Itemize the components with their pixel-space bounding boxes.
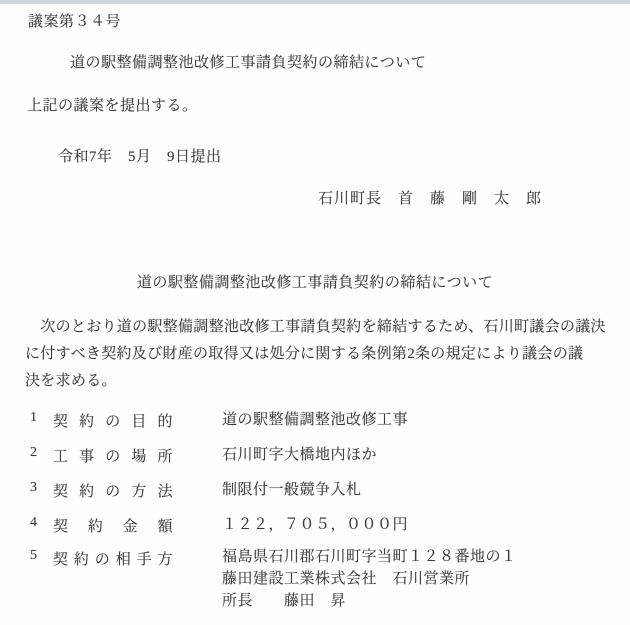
- body-title: 道の駅整備調整池改修工事請負契約の締結について: [0, 271, 630, 292]
- body-paragraph: 次のとおり道の駅整備調整池改修工事請負契約を締結するため、石川町議会の議決 に付…: [25, 314, 611, 395]
- bill-number: 議案第３４号: [28, 10, 121, 31]
- subject-line: 道の駅整備調整池改修工事請負契約の締結について: [70, 51, 426, 72]
- submitter-name: 石川町長 首 藤 剛 太 郎: [318, 187, 542, 208]
- contractor-company: 藤田建設工業株式会社 石川営業所: [222, 568, 517, 590]
- item-number: 3: [30, 480, 38, 496]
- item-label: 契約の方法: [53, 480, 173, 501]
- body-paragraph-line: 次のとおり道の駅整備調整池改修工事請負契約を締結するため、石川町議会の議決: [25, 314, 611, 341]
- item-label: 契約の目的: [53, 410, 173, 431]
- item-label: 契約の相手方: [53, 548, 173, 569]
- contractor-address: 福島県石川郡石川町字当町１２８番地の１: [222, 546, 517, 568]
- contractor-representative: 所長 藤田 昇: [222, 590, 517, 612]
- submission-statement: 上記の議案を提出する。: [27, 94, 198, 115]
- item-label: 契約金額: [53, 515, 173, 536]
- body-paragraph-line: 決を求める。: [25, 368, 611, 395]
- item-value: 石川町字大橋地内ほか: [222, 443, 377, 464]
- item-number: 5: [30, 548, 38, 564]
- item-value-multiline: 福島県石川郡石川町字当町１２８番地の１ 藤田建設工業株式会社 石川営業所 所長 …: [222, 546, 517, 612]
- item-number: 4: [30, 515, 38, 531]
- item-value: 道の駅整備調整池改修工事: [222, 408, 408, 429]
- document-page: 議案第３４号 道の駅整備調整池改修工事請負契約の締結について 上記の議案を提出す…: [0, 0, 630, 625]
- item-number: 1: [30, 410, 38, 426]
- item-value: 制限付一般競争入札: [222, 478, 362, 499]
- item-value: １２２，７０５，０００円: [222, 513, 408, 534]
- item-number: 2: [30, 445, 38, 461]
- scan-edge-strip: [0, 0, 630, 4]
- item-label: 工事の場所: [53, 445, 173, 466]
- submission-date: 令和7年 5月 9日提出: [58, 145, 222, 166]
- body-paragraph-line: に付すべき契約及び財産の取得又は処分に関する条例第2条の規定により議会の議: [25, 341, 611, 368]
